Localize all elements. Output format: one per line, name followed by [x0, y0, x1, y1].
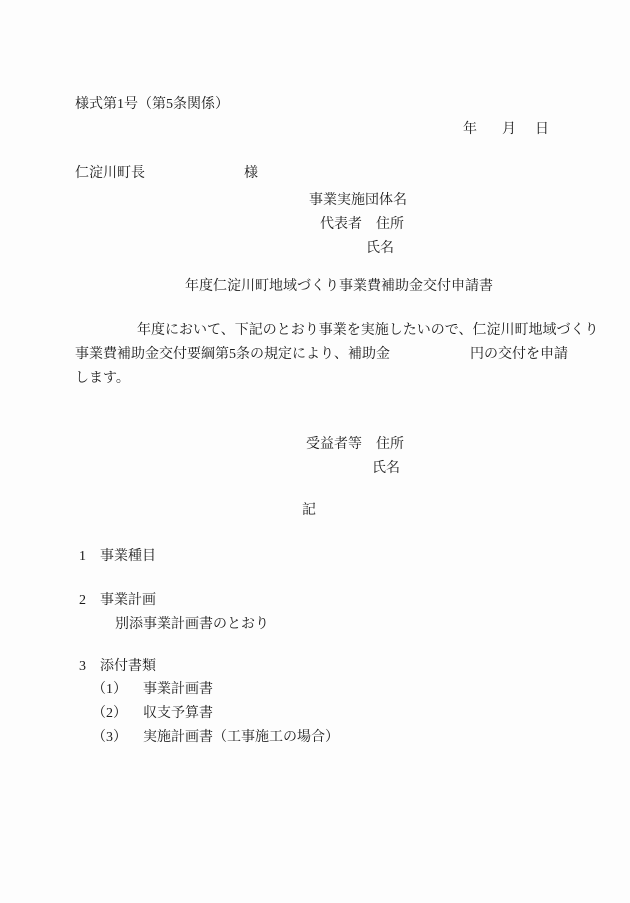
body-paragraph-line-3: します。: [75, 371, 130, 387]
attachment-1-marker: （1）: [92, 682, 143, 698]
section-3-number: 3: [79, 659, 100, 675]
section-3-row: 3添付書類: [79, 659, 156, 675]
beneficiary-address-label: 受益者等 住所: [306, 437, 404, 453]
attachment-2-label: 収支予算書: [143, 706, 213, 721]
record-marker: 記: [302, 503, 316, 519]
attachment-3-label: 実施計画書（工事施工の場合）: [143, 730, 339, 745]
section-1-number: 1: [79, 549, 100, 565]
section-3-heading: 添付書類: [100, 659, 156, 674]
attachment-3-marker: （3）: [92, 730, 143, 746]
attachment-1-label: 事業計画書: [143, 682, 213, 697]
attachment-2-marker: （2）: [92, 706, 143, 722]
beneficiary-name-label: 氏名: [372, 461, 400, 477]
applicant-organization-label: 事業実施団体名: [309, 193, 407, 209]
addressee-honorific: 様: [244, 166, 258, 182]
attachment-row-2: （2）収支予算書: [92, 706, 213, 722]
attachment-row-3: （3）実施計画書（工事施工の場合）: [92, 730, 339, 746]
subsidy-amount-blank: [390, 357, 470, 358]
body-paragraph-line-1: 年度において、下記のとおり事業を実施したいので、仁淀川町地域づくり: [137, 323, 598, 339]
date-year-label: 年: [463, 122, 477, 138]
attachment-row-1: （1）事業計画書: [92, 682, 213, 698]
document-title: 年度仁淀川町地域づくり事業費補助金交付申請書: [185, 279, 493, 295]
body-paragraph-line-2: 事業費補助金交付要綱第5条の規定により、補助金円の交付を申請: [75, 347, 568, 363]
section-2-row: 2事業計画: [79, 593, 156, 609]
date-day-label: 日: [535, 122, 549, 138]
applicant-name-label: 氏名: [366, 241, 394, 257]
section-1-heading: 事業種目: [100, 549, 156, 564]
addressee-title: 仁淀川町長: [75, 166, 145, 182]
date-month-label: 月: [502, 122, 516, 138]
applicant-representative-address-label: 代表者 住所: [320, 217, 404, 233]
body-line-2-after-amount: 円の交付を申請: [470, 347, 568, 362]
section-2-heading: 事業計画: [100, 593, 156, 608]
section-2-detail: 別添事業計画書のとおり: [115, 617, 269, 633]
application-form-page: 様式第1号（第5条関係） 年 月 日 仁淀川町長 様 事業実施団体名 代表者 住…: [0, 0, 630, 903]
section-1-row: 1事業種目: [79, 549, 156, 565]
section-2-number: 2: [79, 593, 100, 609]
body-line-2-before-amount: 事業費補助金交付要綱第5条の規定により、補助金: [75, 347, 390, 362]
form-number: 様式第1号（第5条関係）: [75, 97, 229, 113]
